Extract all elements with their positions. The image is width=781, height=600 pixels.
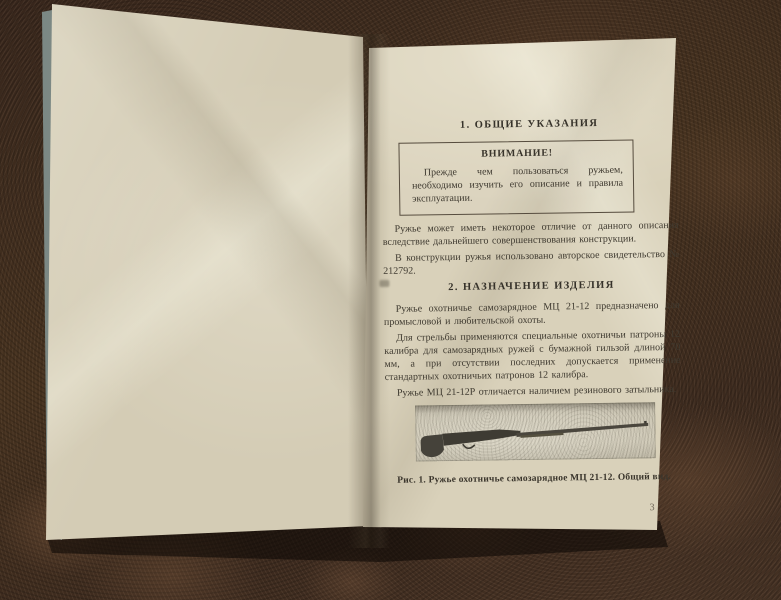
attention-box: ВНИМАНИЕ! Прежде чем пользоваться ружьем… [398, 139, 634, 215]
section-2-heading: 2. НАЗНАЧЕНИЕ ИЗДЕЛИЯ [383, 278, 679, 295]
photo-scene: 1. ОБЩИЕ УКАЗАНИЯ ВНИМАНИЕ! Прежде чем п… [0, 0, 781, 600]
paragraph-variant: Ружье МЦ 21-12Р отличается наличием рези… [385, 383, 681, 400]
figure-1: Рис. 1. Ружье охотничье самозарядное МЦ … [385, 402, 682, 488]
right-page-content: 1. ОБЩИЕ УКАЗАНИЯ ВНИМАНИЕ! Прежде чем п… [381, 108, 683, 518]
section-1-heading: 1. ОБЩИЕ УКАЗАНИЯ [381, 116, 677, 133]
paragraph-design-difference: Ружье может иметь некоторое отличие от д… [383, 219, 679, 249]
attention-title: ВНИМАНИЕ! [412, 146, 623, 162]
paragraph-purpose: Ружье охотничье самозарядное МЦ 21-12 пр… [384, 299, 680, 329]
paragraph-patent: В конструкции ружья использовано авторск… [383, 248, 679, 278]
rifle-photo [415, 402, 656, 461]
figure-1-caption: Рис. 1. Ружье охотничье самозарядное МЦ … [386, 471, 682, 488]
ink-smudge [379, 280, 389, 287]
attention-body: Прежде чем пользоваться ружьем, необходи… [412, 164, 624, 206]
paragraph-cartridges: Для стрельбы применяются специальные охо… [384, 328, 681, 384]
rifle-illustration [415, 402, 656, 461]
